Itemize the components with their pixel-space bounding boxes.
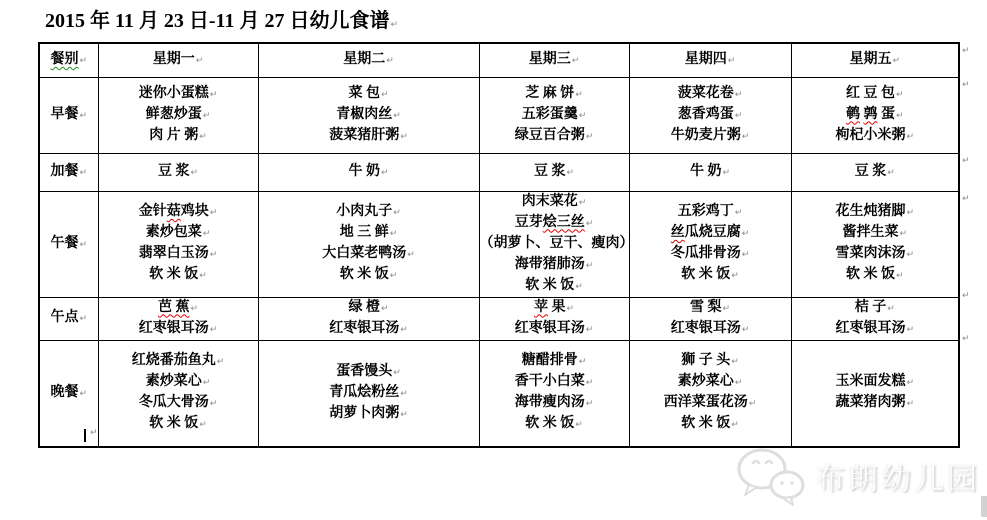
menu-line: 绿豆百合粥↵: [480, 126, 629, 147]
menu-line: 翡翠白玉汤↵: [99, 244, 258, 265]
text-segment: 翡翠白玉汤: [139, 246, 209, 261]
text-segment: 早餐: [50, 107, 78, 122]
paragraph-mark: ↵: [586, 261, 594, 271]
text-segment: 素炒包菜: [146, 225, 202, 240]
paragraph-mark: ↵: [400, 389, 408, 399]
menu-line: 芭 蕉↵: [99, 298, 258, 319]
text-segment: 软 米 饭: [149, 416, 198, 431]
paragraph-mark: ↵: [722, 304, 730, 314]
menu-line: 软 米 饭↵: [630, 414, 791, 435]
text-segment: 地 三 鲜: [340, 225, 389, 240]
paragraph-mark: ↵: [735, 208, 743, 218]
paragraph-mark: ↵: [742, 325, 750, 335]
menu-line: 蛋香馒头↵: [259, 362, 479, 383]
paragraph-mark: ↵: [735, 378, 743, 388]
menu-line: 素炒包菜↵: [99, 223, 258, 244]
paragraph-mark: ↵: [79, 240, 87, 250]
menu-line: 地 三 鲜↵: [259, 223, 479, 244]
text-segment: 软 米 饭: [681, 416, 730, 431]
scrollbar-fragment[interactable]: [981, 496, 987, 517]
text-segment: 鸡块: [181, 204, 209, 219]
text-segment: 五彩鸡丁: [678, 204, 734, 219]
paragraph-mark: ↵: [575, 420, 583, 430]
menu-cell: 苹 果↵红枣银耳汤↵: [479, 297, 629, 340]
text-segment: 红枣银耳汤: [835, 321, 905, 336]
text-segment: 葱香鸡蛋: [678, 107, 734, 122]
paragraph-mark: ↵: [210, 325, 218, 335]
text-segment: 海带瘦肉汤: [515, 395, 585, 410]
spellcheck-underline-red: 芭 蕉: [158, 300, 190, 315]
paragraph-mark: ↵: [210, 90, 218, 100]
menu-cell: 菠菜花卷↵葱香鸡蛋↵牛奶麦片粥↵: [629, 77, 791, 153]
menu-line: 胡萝卜肉粥↵: [259, 404, 479, 425]
menu-line: 冬瓜大骨汤↵: [99, 393, 258, 414]
text-segment: 牛 奶: [690, 164, 722, 179]
text-segment: 菜 包: [348, 86, 380, 101]
menu-line: 青瓜烩粉丝↵: [259, 383, 479, 404]
paragraph-mark: ↵: [896, 111, 904, 121]
menu-cell: 红烧番茄鱼丸↵素炒菜心↵冬瓜大骨汤↵软 米 饭↵: [98, 340, 258, 447]
table-row: 午点↵芭 蕉↵红枣银耳汤↵绿 橙↵红枣银耳汤↵苹 果↵红枣银耳汤↵雪 梨↵红枣银…: [39, 297, 959, 340]
text-segment: 豆芽: [515, 215, 543, 230]
menu-cell: 狮 子 头↵素炒菜心↵西洋菜蛋花汤↵软 米 饭↵: [629, 340, 791, 447]
meal-label: 午餐↵: [39, 191, 98, 297]
menu-cell: 芝 麻 饼↵五彩蛋羹↵绿豆百合粥↵: [479, 77, 629, 153]
text-segment: 星期一: [153, 52, 195, 67]
menu-line: 枸杞小米粥↵: [792, 126, 959, 147]
menu-line: 软 米 饭↵: [259, 265, 479, 286]
paragraph-mark: ↵: [586, 132, 594, 142]
menu-line: 牛 奶↵: [259, 162, 479, 183]
menu-line: 菠菜猪肝粥↵: [259, 126, 479, 147]
menu-cell: 五彩鸡丁↵丝瓜烧豆腐↵冬瓜排骨汤↵软 米 饭↵: [629, 191, 791, 297]
text-segment: 青椒肉丝: [336, 107, 392, 122]
paragraph-mark: ↵: [906, 208, 914, 218]
text-segment: 玉米面发糕: [835, 374, 905, 389]
text-segment: 蛋: [877, 107, 895, 122]
menu-line: 红枣银耳汤↵: [792, 319, 959, 340]
paragraph-mark: ↵: [742, 132, 750, 142]
paragraph-mark: ↵: [906, 378, 914, 388]
menu-cell: 牛 奶↵: [629, 153, 791, 191]
paragraph-mark: ↵: [575, 90, 583, 100]
menu-line: 五彩蛋羹↵: [480, 105, 629, 126]
column-header: 餐别↵: [39, 43, 98, 77]
paragraph-mark: ↵: [906, 250, 914, 260]
text-segment: 加餐: [50, 164, 78, 179]
text-segment: 晚餐: [50, 385, 78, 400]
menu-line: （胡萝卜、豆干、瘦肉）↵: [480, 234, 629, 255]
text-segment: 五彩蛋羹: [522, 107, 578, 122]
paragraph-mark: ↵: [586, 399, 594, 409]
paragraph-mark: ↵: [962, 194, 970, 204]
menu-line: 软 米 饭↵: [480, 414, 629, 435]
menu-line: 雪 梨↵: [630, 298, 791, 319]
text-segment: 胡萝卜肉粥: [329, 406, 399, 421]
menu-cell: 小肉丸子↵地 三 鲜↵大白菜老鸭汤↵软 米 饭↵: [258, 191, 479, 297]
menu-line: 丝瓜烧豆腐↵: [630, 223, 791, 244]
paragraph-mark: ↵: [887, 168, 895, 178]
paragraph-mark: ↵: [217, 357, 225, 367]
text-segment: 肉 片 粥: [149, 128, 198, 143]
menu-line: 红枣银耳汤↵: [480, 319, 629, 340]
menu-line: 迷你小蛋糕↵: [99, 84, 258, 105]
menu-line: 绿 橙↵: [259, 298, 479, 319]
text-segment: 素炒菜心: [678, 374, 734, 389]
text-segment: 牛奶麦片粥: [671, 128, 741, 143]
text-segment: 雪菜肉沫汤: [835, 246, 905, 261]
watermark-text: 布朗幼儿园: [815, 454, 980, 498]
meal-label: 午点↵: [39, 297, 98, 340]
menu-line: 豆芽烩三丝↵: [480, 213, 629, 234]
menu-line: 糖醋排骨↵: [480, 351, 629, 372]
menu-cell: 牛 奶↵: [258, 153, 479, 191]
menu-line: 金针菇鸡块↵: [99, 202, 258, 223]
text-segment: 绿豆百合粥: [515, 128, 585, 143]
menu-line: 海带猪肺汤↵: [480, 255, 629, 276]
text-segment: 红枣银耳汤: [139, 321, 209, 336]
paragraph-mark: ↵: [381, 304, 389, 314]
menu-line: 葱香鸡蛋↵: [630, 105, 791, 126]
text-segment: 绿 橙: [348, 300, 380, 315]
text-segment: 菠菜花卷: [678, 86, 734, 101]
paragraph-mark: ↵: [735, 90, 743, 100]
menu-line: 红烧番茄鱼丸↵: [99, 351, 258, 372]
text-segment: 冬瓜大骨汤: [139, 395, 209, 410]
paragraph-mark: ↵: [735, 111, 743, 121]
paragraph-mark: ↵: [962, 156, 970, 166]
menu-line: 桔 子↵: [792, 298, 959, 319]
menu-line: 西洋菜蛋花汤↵: [630, 393, 791, 414]
menu-line: 小肉丸子↵: [259, 202, 479, 223]
paragraph-mark: ↵: [896, 271, 904, 281]
menu-line: 芝 麻 饼↵: [480, 84, 629, 105]
menu-cell: 迷你小蛋糕↵鲜葱炒蛋↵肉 片 粥↵: [98, 77, 258, 153]
paragraph-mark: ↵: [203, 111, 211, 121]
menu-cell: 糖醋排骨↵香干小白菜↵海带瘦肉汤↵软 米 饭↵: [479, 340, 629, 447]
text-segment: 红 豆 包: [846, 86, 895, 101]
text-segment: 软 米 饭: [525, 416, 574, 431]
paragraph-mark: ↵: [210, 399, 218, 409]
paragraph-mark: ↵: [390, 20, 398, 30]
text-segment: 芝 麻 饼: [525, 86, 574, 101]
menu-line: 大白菜老鸭汤↵: [259, 244, 479, 265]
spellcheck-underline-red: 烩三丝: [543, 215, 585, 230]
column-header: 星期三↵: [479, 43, 629, 77]
paragraph-mark: ↵: [390, 271, 398, 281]
text-segment: 星期三: [529, 52, 571, 67]
text-segment: 星期五: [849, 52, 891, 67]
paragraph-mark: ↵: [722, 168, 730, 178]
paragraph-mark: ↵: [962, 46, 970, 56]
menu-cell: 肉末菜花↵豆芽烩三丝↵（胡萝卜、豆干、瘦肉）↵海带猪肺汤↵软 米 饭↵: [479, 191, 629, 297]
paragraph-mark: ↵: [190, 304, 198, 314]
menu-cell: 绿 橙↵红枣银耳汤↵: [258, 297, 479, 340]
paragraph-mark: ↵: [906, 399, 914, 409]
title-text: 2015 年 11 月 23 日-11 月 27 日幼儿食谱: [45, 10, 389, 32]
menu-line: 海带瘦肉汤↵: [480, 393, 629, 414]
menu-line: 豆 浆↵: [99, 162, 258, 183]
paragraph-mark: ↵: [962, 80, 970, 90]
spellcheck-underline-red: 菇: [167, 204, 181, 219]
text-segment: 星期二: [343, 52, 385, 67]
paragraph-mark: ↵: [210, 208, 218, 218]
spellcheck-underline-red: 鹑: [863, 107, 877, 122]
paragraph-mark: ↵: [586, 325, 594, 335]
column-header: 星期四↵: [629, 43, 791, 77]
text-segment: 瓜烧豆腐: [685, 225, 741, 240]
menu-cell: 蛋香馒头↵青瓜烩粉丝↵胡萝卜肉粥↵: [258, 340, 479, 447]
menu-line: 花生炖猪脚↵: [792, 202, 959, 223]
menu-cell: 金针菇鸡块↵素炒包菜↵翡翠白玉汤↵软 米 饭↵: [98, 191, 258, 297]
menu-cell: 红 豆 包↵鹌 鹑 蛋↵枸杞小米粥↵: [791, 77, 959, 153]
paragraph-mark: ↵: [190, 168, 198, 178]
paragraph-mark: ↵: [887, 304, 895, 314]
paragraph-mark: ↵: [906, 325, 914, 335]
menu-line: 雪菜肉沫汤↵: [792, 244, 959, 265]
paragraph-mark: ↵: [390, 229, 398, 239]
paragraph-mark: ↵: [892, 56, 900, 66]
paragraph-mark: ↵: [749, 399, 757, 409]
paragraph-mark: ↵: [381, 90, 389, 100]
text-segment: 花生炖猪脚: [835, 204, 905, 219]
paragraph-mark: ↵: [79, 56, 87, 66]
text-segment: 糖醋排骨: [522, 353, 578, 368]
text-segment: 肉末菜花: [522, 194, 578, 209]
text-segment: 金针: [139, 204, 167, 219]
text-segment: （胡萝卜、豆干、瘦肉）: [480, 236, 630, 251]
menu-line: 狮 子 头↵: [630, 351, 791, 372]
spellcheck-underline-red: 丝: [671, 225, 685, 240]
text-segment: 桔 子: [855, 300, 887, 315]
paragraph-mark: ↵: [400, 325, 408, 335]
paragraph-mark: ↵: [731, 271, 739, 281]
menu-line: 牛奶麦片粥↵: [630, 126, 791, 147]
paragraph-mark: ↵: [962, 334, 970, 344]
paragraph-mark: ↵: [393, 368, 401, 378]
menu-line: 红 豆 包↵: [792, 84, 959, 105]
text-segment: 雪 梨: [690, 300, 722, 315]
text-segment: 软 米 饭: [149, 267, 198, 282]
spellcheck-underline-red: 苹: [534, 300, 548, 315]
menu-line: 五彩鸡丁↵: [630, 202, 791, 223]
menu-cell: 芭 蕉↵红枣银耳汤↵: [98, 297, 258, 340]
text-segment: 蔬菜猪肉粥: [835, 395, 905, 410]
paragraph-mark: ↵: [79, 111, 87, 121]
meal-label: 早餐↵: [39, 77, 98, 153]
menu-line: 豆 浆↵: [792, 162, 959, 183]
paragraph-mark: ↵: [906, 132, 914, 142]
paragraph-mark: ↵: [575, 282, 583, 292]
text-segment: 西洋菜蛋花汤: [664, 395, 748, 410]
text-segment: 红枣银耳汤: [329, 321, 399, 336]
paragraph-mark: ↵: [381, 168, 389, 178]
menu-line: 鹌 鹑 蛋↵: [792, 105, 959, 126]
menu-line: 肉 片 粥↵: [99, 126, 258, 147]
menu-cell: 豆 浆↵: [791, 153, 959, 191]
text-segment: 软 米 饭: [681, 267, 730, 282]
paragraph-mark: ↵: [731, 357, 739, 367]
paragraph-mark: ↵: [79, 389, 87, 399]
menu-cell: 玉米面发糕↵蔬菜猪肉粥↵: [791, 340, 959, 447]
paragraph-mark: ↵: [400, 410, 408, 420]
menu-line: 软 米 饭↵: [792, 265, 959, 286]
column-header: 星期二↵: [258, 43, 479, 77]
paragraph-mark: ↵: [90, 428, 98, 438]
column-header: 星期五↵: [791, 43, 959, 77]
text-segment: 红枣银耳汤: [515, 321, 585, 336]
menu-line: 红枣银耳汤↵: [99, 319, 258, 340]
menu-line: 软 米 饭↵: [99, 265, 258, 286]
paragraph-mark: ↵: [79, 168, 87, 178]
paragraph-mark: ↵: [566, 168, 574, 178]
text-segment: 软 米 饭: [525, 278, 574, 293]
text-segment: 午餐: [50, 236, 78, 251]
text-segment: 软 米 饭: [340, 267, 389, 282]
text-segment: 酱拌生菜: [842, 225, 898, 240]
menu-line: 软 米 饭↵: [99, 414, 258, 435]
menu-line: 菠菜花卷↵: [630, 84, 791, 105]
menu-cell: 桔 子↵红枣银耳汤↵: [791, 297, 959, 340]
menu-line: 酱拌生菜↵: [792, 223, 959, 244]
text-segment: 冬瓜排骨汤: [671, 246, 741, 261]
text-segment: 青瓜烩粉丝: [329, 385, 399, 400]
column-header: 星期一↵: [98, 43, 258, 77]
page-title: 2015 年 11 月 23 日-11 月 27 日幼儿食谱↵: [45, 4, 398, 33]
paragraph-mark: ↵: [742, 229, 750, 239]
paragraph-mark: ↵: [742, 250, 750, 260]
menu-line: 香干小白菜↵: [480, 372, 629, 393]
paragraph-mark: ↵: [579, 357, 587, 367]
menu-line: 鲜葱炒蛋↵: [99, 105, 258, 126]
paragraph-mark: ↵: [199, 420, 207, 430]
text-cursor: [84, 429, 86, 442]
paragraph-mark: ↵: [962, 291, 970, 301]
paragraph-mark: ↵: [579, 198, 587, 208]
paragraph-mark: ↵: [572, 56, 580, 66]
paragraph-mark: ↵: [728, 56, 736, 66]
text-segment: 海带猪肺汤: [515, 257, 585, 272]
menu-line: 菜 包↵: [259, 84, 479, 105]
text-segment: 红烧番茄鱼丸: [132, 353, 216, 368]
text-segment: 枸杞小米粥: [835, 128, 905, 143]
menu-line: 软 米 饭↵: [480, 276, 629, 297]
menu-line: 素炒菜心↵: [99, 372, 258, 393]
paragraph-mark: ↵: [393, 208, 401, 218]
menu-line: 软 米 饭↵: [630, 265, 791, 286]
paragraph-mark: ↵: [199, 271, 207, 281]
menu-line: 红枣银耳汤↵: [259, 319, 479, 340]
text-segment: 小肉丸子: [336, 204, 392, 219]
text-segment: 大白菜老鸭汤: [322, 246, 406, 261]
paragraph-mark: ↵: [407, 250, 415, 260]
menu-line: 红枣银耳汤↵: [630, 319, 791, 340]
table-row: 午餐↵金针菇鸡块↵素炒包菜↵翡翠白玉汤↵软 米 饭↵小肉丸子↵地 三 鲜↵大白菜…: [39, 191, 959, 297]
spellcheck-underline-green: 餐别: [50, 52, 78, 67]
menu-cell: 菜 包↵青椒肉丝↵菠菜猪肝粥↵: [258, 77, 479, 153]
paragraph-mark: ↵: [586, 378, 594, 388]
paragraph-mark: ↵: [79, 314, 87, 324]
menu-line: 肉末菜花↵: [480, 192, 629, 213]
table-row: 晚餐↵红烧番茄鱼丸↵素炒菜心↵冬瓜大骨汤↵软 米 饭↵蛋香馒头↵青瓜烩粉丝↵胡萝…: [39, 340, 959, 447]
text-segment: 香干小白菜: [515, 374, 585, 389]
menu-line: 素炒菜心↵: [630, 372, 791, 393]
text-segment: 狮 子 头: [681, 353, 730, 368]
menu-line: 青椒肉丝↵: [259, 105, 479, 126]
text-segment: 午点: [50, 310, 78, 325]
menu-line: 玉米面发糕↵: [792, 372, 959, 393]
text-segment: 果: [548, 300, 566, 315]
menu-cell: 花生炖猪脚↵酱拌生菜↵雪菜肉沫汤↵软 米 饭↵: [791, 191, 959, 297]
paragraph-mark: ↵: [896, 90, 904, 100]
watermark: 布朗幼儿园: [735, 445, 980, 507]
text-segment: 迷你小蛋糕: [139, 86, 209, 101]
text-segment: 星期四: [685, 52, 727, 67]
menu-line: 豆 浆↵: [480, 162, 629, 183]
menu-cell: 豆 浆↵: [98, 153, 258, 191]
paragraph-mark: ↵: [196, 56, 204, 66]
meal-label: 加餐↵: [39, 153, 98, 191]
text-segment: 素炒菜心: [146, 374, 202, 389]
paragraph-mark: ↵: [386, 56, 394, 66]
document-page: 2015 年 11 月 23 日-11 月 27 日幼儿食谱↵ 餐别↵星期一↵星…: [0, 0, 987, 520]
paragraph-mark: ↵: [586, 219, 594, 229]
menu-table: 餐别↵星期一↵星期二↵星期三↵星期四↵星期五↵ 早餐↵迷你小蛋糕↵鲜葱炒蛋↵肉 …: [38, 42, 960, 448]
menu-cell: 豆 浆↵: [479, 153, 629, 191]
paragraph-mark: ↵: [210, 250, 218, 260]
paragraph-mark: ↵: [203, 229, 211, 239]
paragraph-mark: ↵: [899, 229, 907, 239]
wechat-bubbles-icon: [735, 445, 807, 507]
text-segment: 豆 浆: [534, 164, 566, 179]
text-segment: 豆 浆: [158, 164, 190, 179]
text-segment: 菠菜猪肝粥: [329, 128, 399, 143]
menu-line: 冬瓜排骨汤↵: [630, 244, 791, 265]
paragraph-mark: ↵: [203, 378, 211, 388]
paragraph-mark: ↵: [199, 132, 207, 142]
paragraph-mark: ↵: [731, 420, 739, 430]
spellcheck-underline-red: 鹌: [846, 107, 860, 122]
paragraph-mark: ↵: [566, 304, 574, 314]
text-segment: 豆 浆: [855, 164, 887, 179]
paragraph-mark: ↵: [393, 111, 401, 121]
paragraph-mark: ↵: [400, 132, 408, 142]
text-segment: 蛋香馒头: [336, 364, 392, 379]
text-segment: 牛 奶: [348, 164, 380, 179]
menu-line: 蔬菜猪肉粥↵: [792, 393, 959, 414]
text-segment: 鲜葱炒蛋: [146, 107, 202, 122]
menu-cell: 雪 梨↵红枣银耳汤↵: [629, 297, 791, 340]
menu-line: 牛 奶↵: [630, 162, 791, 183]
text-segment: 软 米 饭: [846, 267, 895, 282]
paragraph-mark: ↵: [579, 111, 587, 121]
table-row: 早餐↵迷你小蛋糕↵鲜葱炒蛋↵肉 片 粥↵菜 包↵青椒肉丝↵菠菜猪肝粥↵芝 麻 饼…: [39, 77, 959, 153]
table-row: 加餐↵豆 浆↵牛 奶↵豆 浆↵牛 奶↵豆 浆↵: [39, 153, 959, 191]
header-row: 餐别↵星期一↵星期二↵星期三↵星期四↵星期五↵: [39, 43, 959, 77]
text-segment: 红枣银耳汤: [671, 321, 741, 336]
menu-line: 苹 果↵: [480, 298, 629, 319]
